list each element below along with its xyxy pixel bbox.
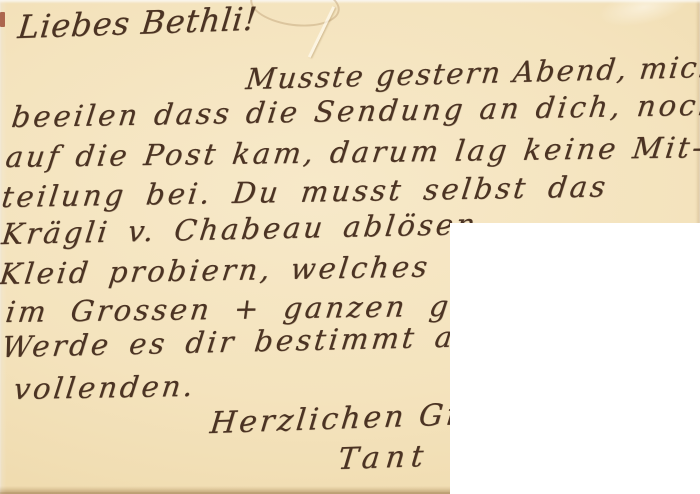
- signature-line: Tant: [336, 439, 431, 477]
- card-bottom-edge: [0, 486, 450, 494]
- red-edge-mark: [0, 12, 5, 27]
- white-cutout-overlay: [450, 223, 700, 494]
- postcard-scan: Liebes Bethli! Musste gestern Abend, mic…: [0, 0, 700, 494]
- handwriting-line: vollenden.: [12, 369, 198, 406]
